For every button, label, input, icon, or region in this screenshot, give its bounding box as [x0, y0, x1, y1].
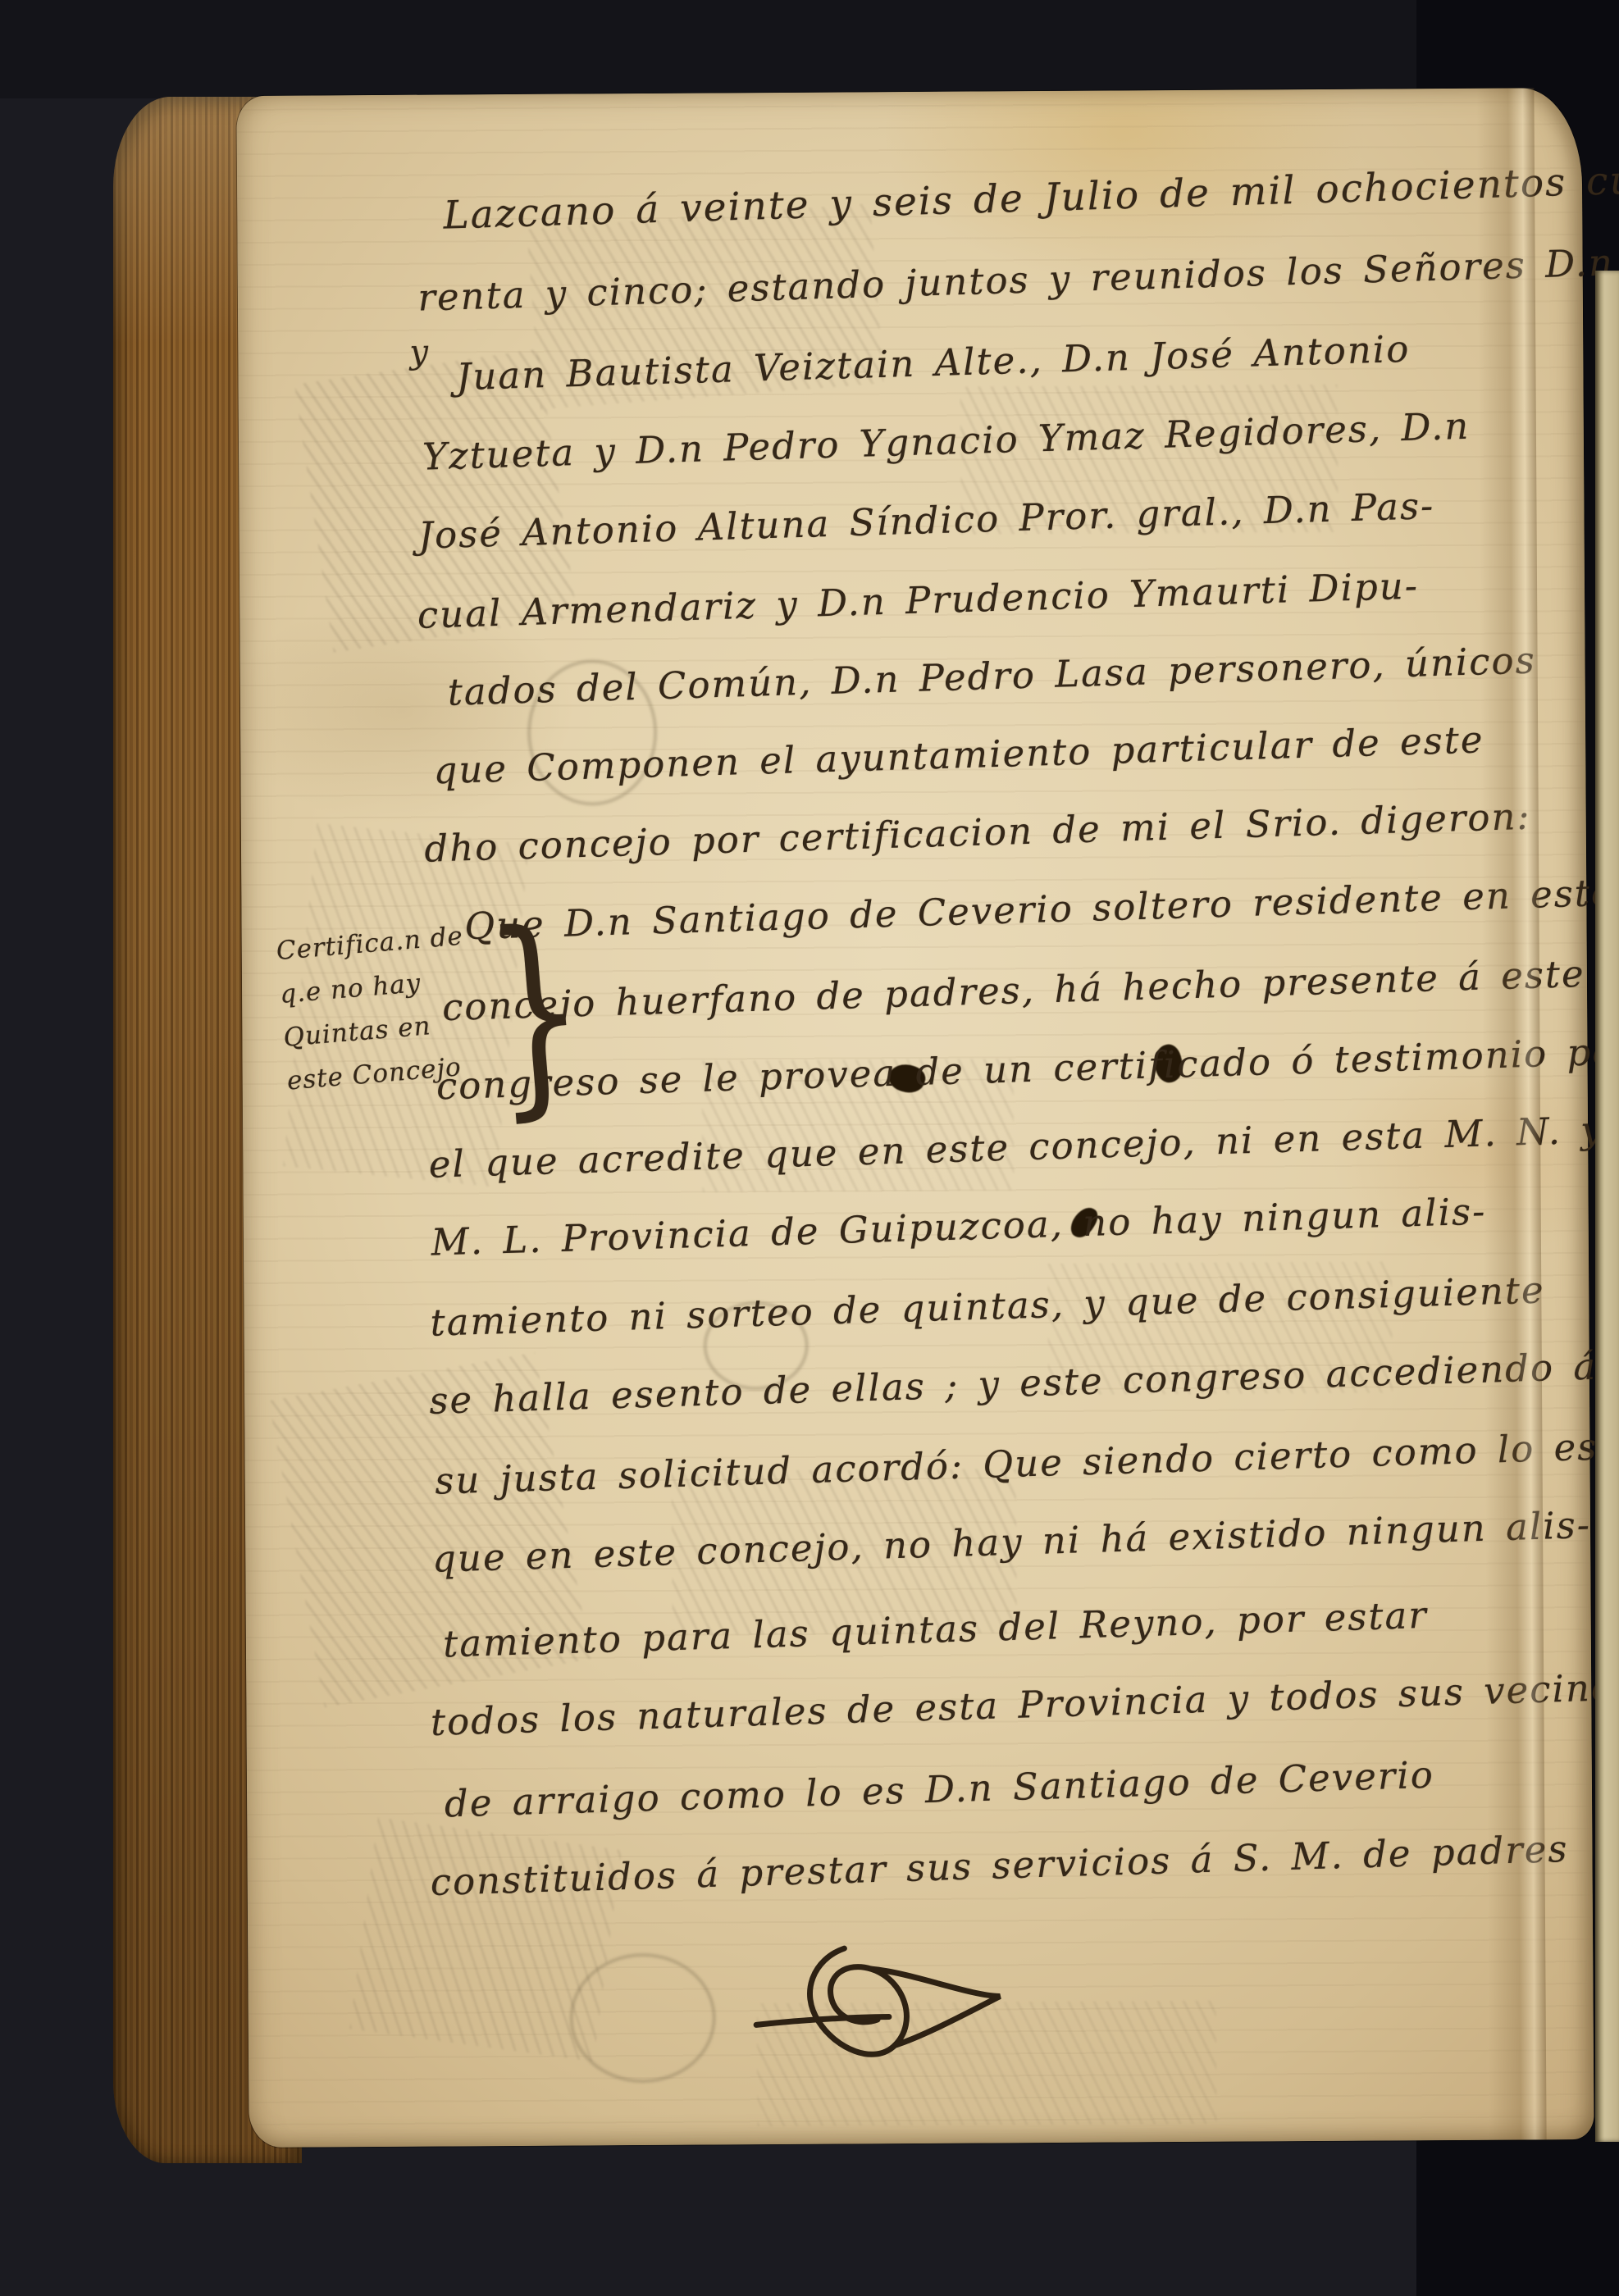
text-line: que Componen el ayuntamiento particular …	[433, 717, 1484, 792]
text-line: tados del Común, D.n Pedro Lasa personer…	[447, 638, 1536, 713]
text-line: el que acredite que en este concejo, ni …	[428, 1108, 1603, 1186]
text-line: su justa solicitud acordó: Que siendo ci…	[434, 1425, 1598, 1503]
margin-note: Certifica.n de q.e no hay Quintas en est…	[275, 915, 476, 1104]
text-line: dho concejo por certificacion de mi el S…	[424, 795, 1532, 871]
text-line: renta y cinco; estando juntos y reunidos…	[417, 240, 1615, 319]
manuscript-page: Lazcano á veinte y seis de Julio de mil …	[236, 88, 1594, 2148]
handwritten-text: Lazcano á veinte y seis de Julio de mil …	[233, 61, 1619, 2152]
text-line: todos los naturales de esta Provincia y …	[430, 1665, 1619, 1744]
text-line: constituidos á prestar sus servicios á S…	[430, 1827, 1569, 1904]
text-line: congreso se le provea de un certificado …	[436, 1029, 1619, 1108]
text-line: de arraigo como lo es D.n Santiago de Ce…	[444, 1753, 1434, 1826]
text-line: que en este concejo, no hay ni há existi…	[431, 1503, 1591, 1581]
margin-insert-y: y	[409, 333, 429, 371]
text-line: concejo huerfano de padres, há hecho pre…	[441, 952, 1585, 1029]
scanned-manuscript: { "document": { "kind": "handwritten man…	[0, 0, 1619, 2296]
text-line: tamiento ni sorteo de quintas, y que de …	[430, 1268, 1546, 1344]
facing-page-sliver	[1595, 271, 1619, 2142]
text-line: José Antonio Altuna Síndico Pror. gral.,…	[417, 484, 1435, 558]
text-line: se halla esento de ellas ; y este congre…	[429, 1345, 1598, 1423]
text-line: Yztueta y D.n Pedro Ygnacio Ymaz Regidor…	[422, 404, 1470, 479]
text-line: Juan Bautista Veiztain Alte., D.n José A…	[456, 327, 1411, 399]
text-line: tamiento para las quintas del Reyno, por…	[442, 1593, 1428, 1666]
rubric-flourish	[747, 1937, 1022, 2101]
text-line: M. L. Provincia de Guipuzcoa, no hay nin…	[431, 1190, 1487, 1264]
text-line: Que D.n Santiago de Ceverio soltero resi…	[463, 871, 1615, 949]
text-line: Lazcano á veinte y seis de Julio de mil …	[443, 157, 1619, 239]
text-line: cual Armendariz y D.n Prudencio Ymaurti …	[417, 564, 1420, 637]
